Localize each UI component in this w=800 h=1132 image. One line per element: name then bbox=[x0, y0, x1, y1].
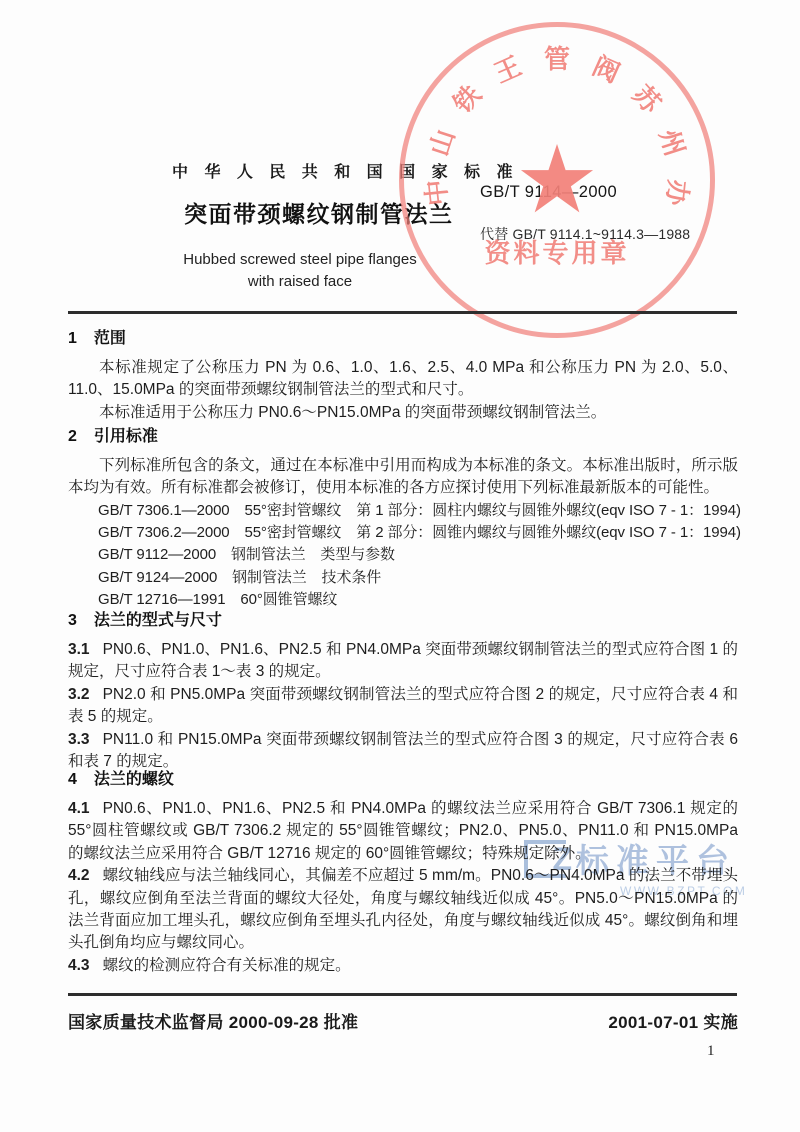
section-heading: 4法兰的螺纹 bbox=[68, 769, 738, 791]
reference-item: GB/T 9112—2000 钢制管法兰 类型与参数 bbox=[68, 544, 738, 566]
reference-item: GB/T 9124—2000 钢制管法兰 技术条件 bbox=[68, 567, 738, 589]
footer: 国家质量技术监督局 2000-09-28 批准 2001-07-01 实施 bbox=[68, 1008, 738, 1033]
seal-arc-char: 办 bbox=[660, 175, 695, 210]
clause: 3.3PN11.0 和 PN15.0MPa 突面带颈螺纹钢制管法兰的型式应符合图… bbox=[68, 729, 738, 774]
approval-info: 国家质量技术监督局 2000-09-28 批准 bbox=[68, 1008, 358, 1033]
reference-item: GB/T 12716—1991 60°圆锥管螺纹 bbox=[68, 589, 738, 611]
section-heading: 3法兰的型式与尺寸 bbox=[68, 610, 738, 632]
paragraph: 本标准适用于公称压力 PN0.6～PN15.0MPa 的突面带颈螺纹钢制管法兰。 bbox=[68, 402, 738, 424]
section-scope: 1范围 本标准规定了公称压力 PN 为 0.6、1.0、1.6、2.5、4.0 … bbox=[68, 328, 738, 424]
paragraph: 下列标准所包含的条文，通过在本标准中引用而构成为本标准的条文。本标准出版时，所示… bbox=[68, 455, 738, 500]
company-seal-stamp: 中 山 铁 王 管 阀 苏 州 办 ★ 资料专用章 bbox=[399, 22, 715, 338]
header-rule bbox=[68, 311, 737, 314]
clause: 4.1PN0.6、PN1.0、PN1.6、PN2.5 和 PN4.0MPa 的螺… bbox=[68, 798, 738, 865]
clause: 3.2PN2.0 和 PN5.0MPa 突面带颈螺纹钢制管法兰的型式应符合图 2… bbox=[68, 684, 738, 729]
document-page: Z 标准平台 WWW.BZPT.COM 中 山 铁 王 管 阀 苏 州 办 ★ … bbox=[0, 0, 800, 1132]
reference-item: GB/T 7306.1—2000 55°密封管螺纹 第 1 部分：圆柱内螺纹与圆… bbox=[68, 500, 738, 522]
section-flange-threads: 4法兰的螺纹 4.1PN0.6、PN1.0、PN1.6、PN2.5 和 PN4.… bbox=[68, 769, 738, 977]
star-icon: ★ bbox=[515, 133, 599, 227]
clause: 3.1PN0.6、PN1.0、PN1.6、PN2.5 和 PN4.0MPa 突面… bbox=[68, 639, 738, 684]
clause: 4.2螺纹轴线应与法兰轴线同心，其偏差不应超过 5 mm/m。PN0.6～PN4… bbox=[68, 865, 738, 955]
section-flange-types: 3法兰的型式与尺寸 3.1PN0.6、PN1.0、PN1.6、PN2.5 和 P… bbox=[68, 610, 738, 773]
section-normative-references: 2引用标准 下列标准所包含的条文，通过在本标准中引用而构成为本标准的条文。本标准… bbox=[68, 426, 738, 611]
seal-center-text: 资料专用章 bbox=[399, 233, 715, 270]
page-number: 1 bbox=[707, 1043, 715, 1060]
paragraph: 本标准规定了公称压力 PN 为 0.6、1.0、1.6、2.5、4.0 MPa … bbox=[68, 357, 738, 402]
seal-arc-char: 管 bbox=[541, 43, 573, 75]
footer-rule bbox=[68, 993, 737, 996]
seal-arc-char: 中 bbox=[419, 175, 454, 210]
clause: 4.3螺纹的检测应符合有关标准的规定。 bbox=[68, 955, 738, 977]
implementation-info: 2001-07-01 实施 bbox=[608, 1008, 738, 1033]
section-heading: 2引用标准 bbox=[68, 426, 738, 448]
reference-item: GB/T 7306.2—2000 55°密封管螺纹 第 2 部分：圆锥内螺纹与圆… bbox=[68, 522, 738, 544]
section-heading: 1范围 bbox=[68, 328, 738, 350]
